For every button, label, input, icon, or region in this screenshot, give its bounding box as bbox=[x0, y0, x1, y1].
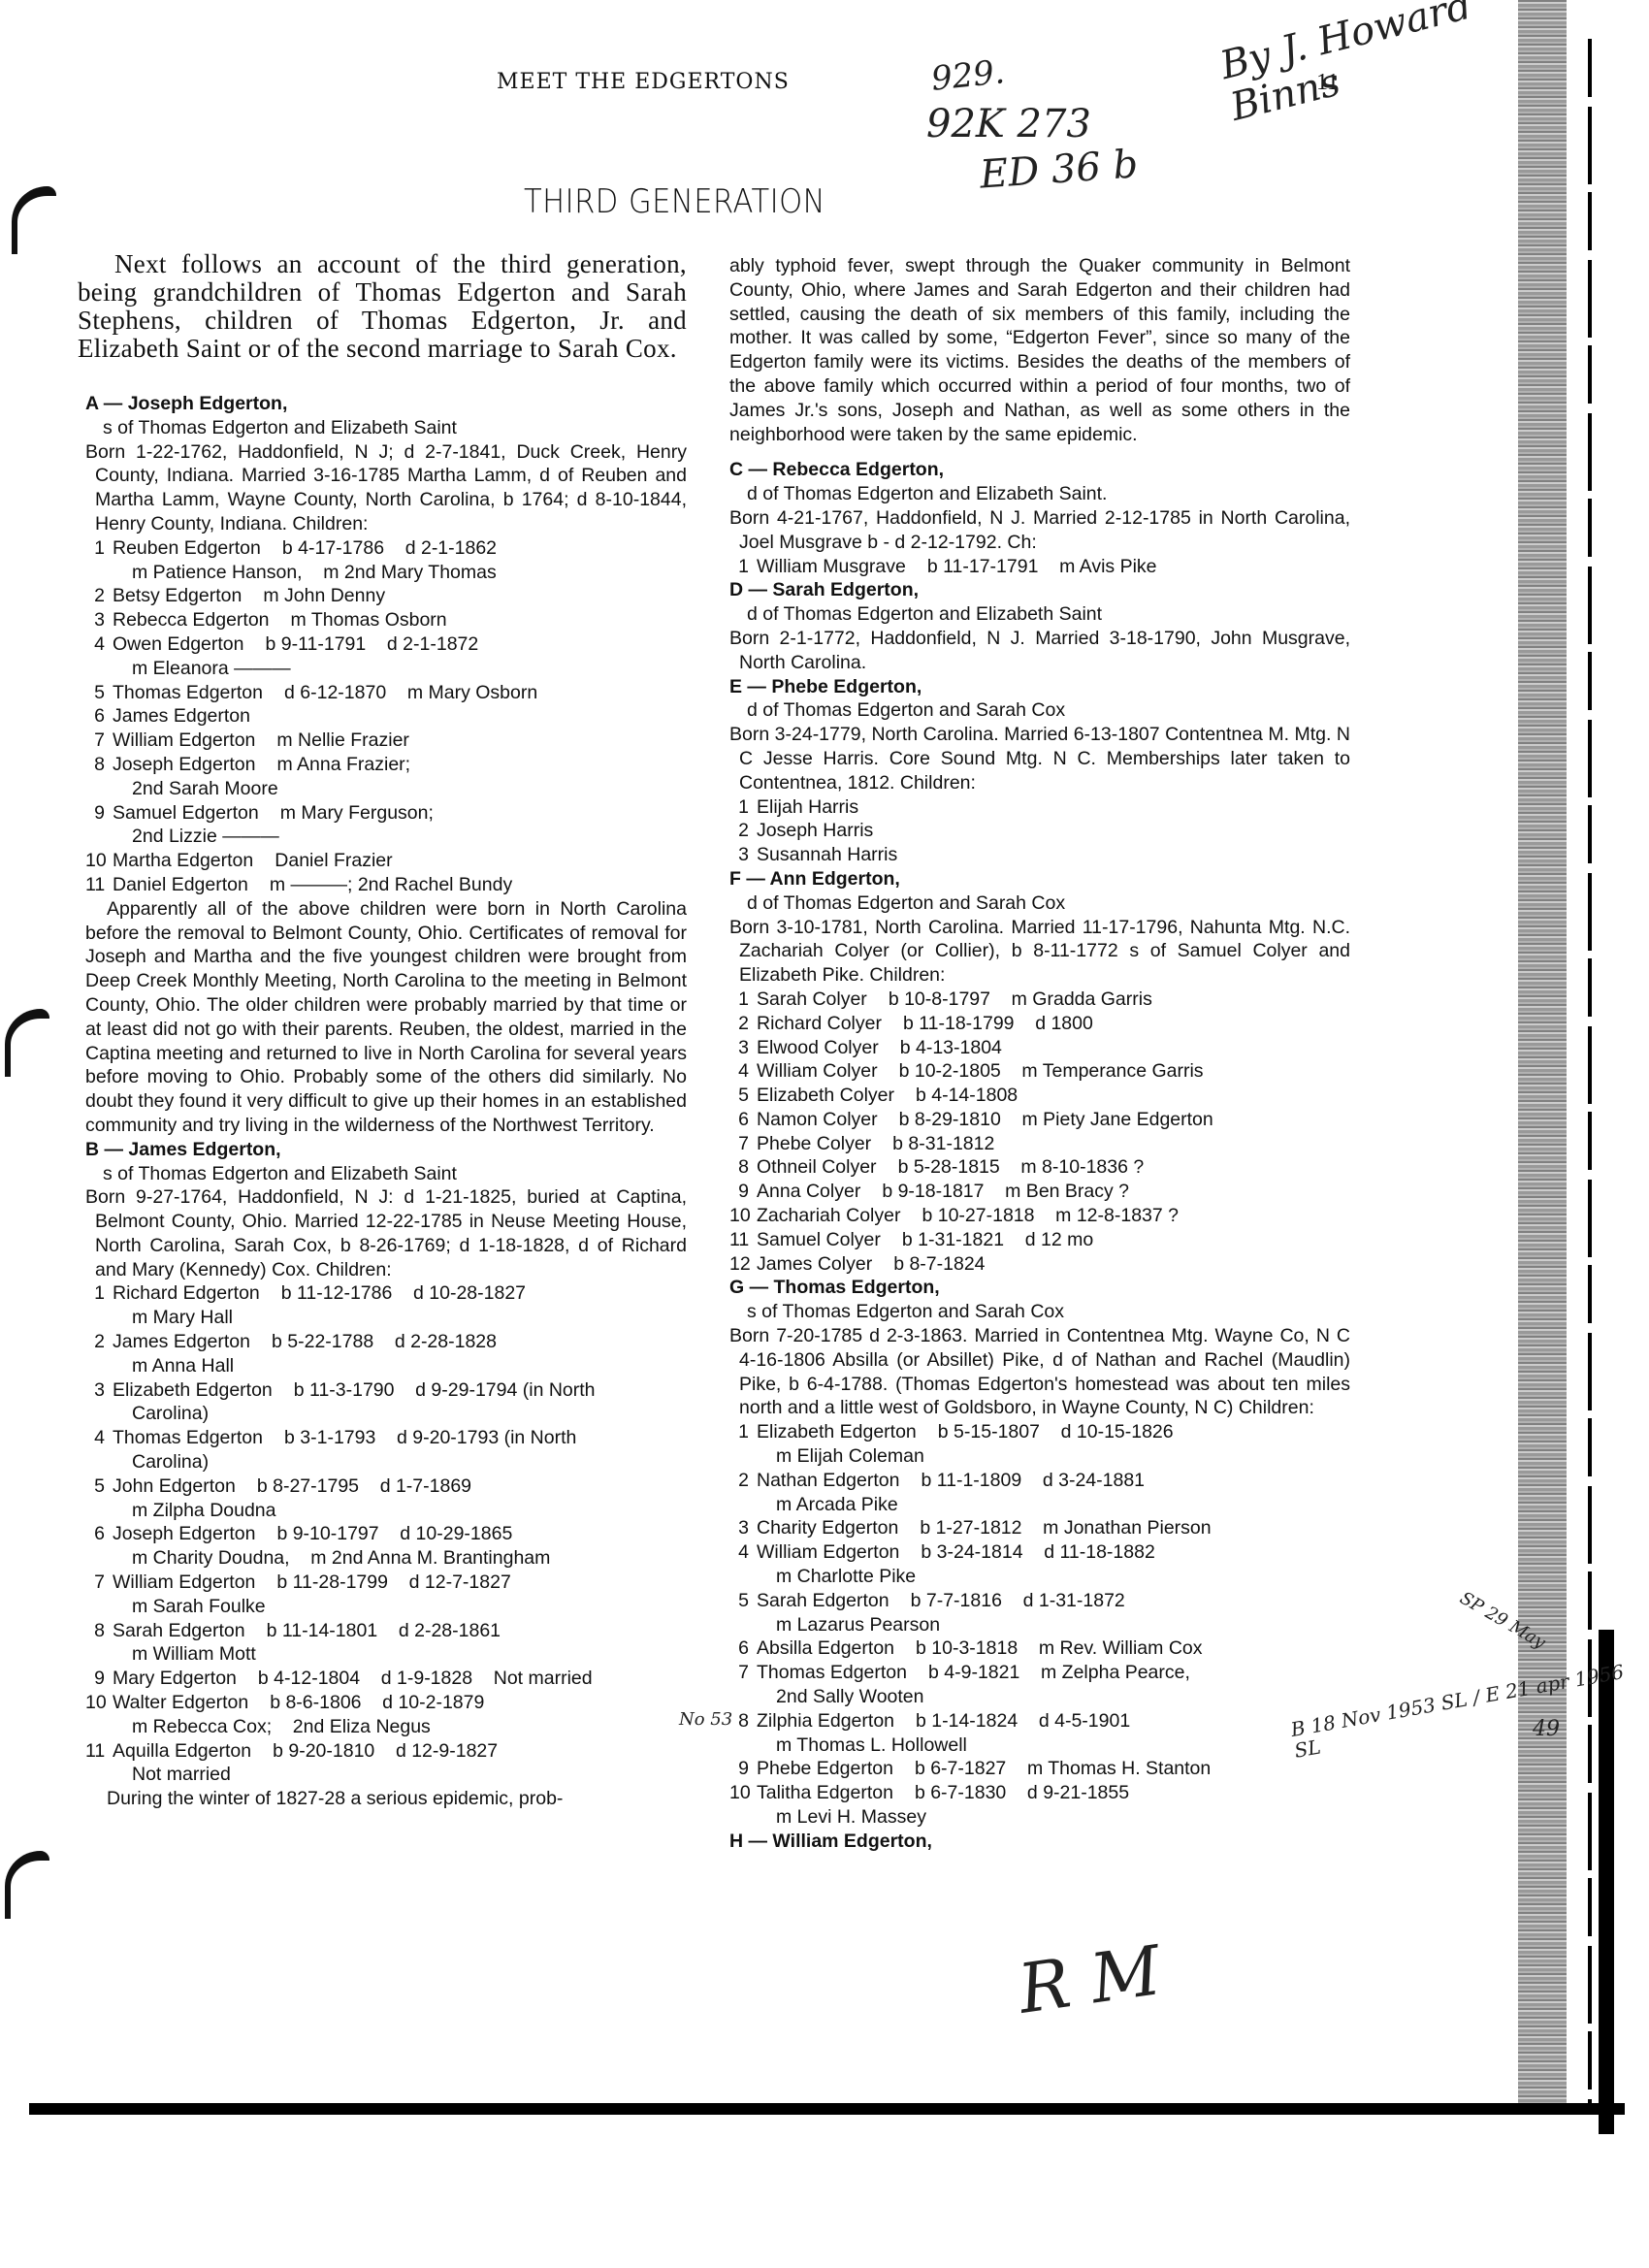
child-number: 2 bbox=[85, 1330, 105, 1354]
child-row: 9Samuel Edgertonm Mary Ferguson; bbox=[85, 801, 687, 826]
handwritten-annotation: 49 bbox=[1533, 1717, 1560, 1741]
child-row: 2Joseph Harris bbox=[729, 819, 1350, 843]
entry-g: G — Thomas Edgerton, s of Thomas Edgerto… bbox=[729, 1276, 1350, 1829]
child-spouse-line: m Charity Doudna, m 2nd Anna M. Branting… bbox=[85, 1546, 687, 1571]
page-bottom-rule bbox=[29, 2103, 1625, 2115]
child-info: b 9-18-1817 m Ben Bracy ? bbox=[882, 1181, 1129, 1202]
child-number: 2 bbox=[729, 1469, 749, 1493]
child-name: Elijah Harris bbox=[757, 796, 858, 818]
entry-parents: s of Thomas Edgerton and Elizabeth Saint bbox=[85, 416, 687, 440]
entry-detail: Born 2-1-1772, Haddonfield, N J. Married… bbox=[729, 627, 1350, 675]
child-row: 2Nathan Edgertonb 11-1-1809 d 3-24-1881 bbox=[729, 1469, 1350, 1493]
child-number: 2 bbox=[85, 584, 105, 608]
child-number: 4 bbox=[85, 1426, 105, 1450]
entry-detail: Born 1-22-1762, Haddonfield, N J; d 2-7-… bbox=[85, 440, 687, 536]
child-name: Elizabeth Colyer bbox=[757, 1085, 894, 1106]
child-name: Daniel Edgerton bbox=[113, 874, 248, 895]
child-info: b 10-3-1818 m Rev. William Cox bbox=[916, 1637, 1202, 1659]
child-number: 2 bbox=[729, 819, 749, 843]
child-name: Betsy Edgerton bbox=[113, 585, 242, 606]
child-info: b 10-8-1797 m Gradda Garris bbox=[889, 988, 1152, 1010]
child-row: 4Owen Edgertonb 9-11-1791 d 2-1-1872 bbox=[85, 632, 687, 657]
entry-heading: F — Ann Edgerton, bbox=[729, 867, 1350, 891]
entry-parents: d of Thomas Edgerton and Sarah Cox bbox=[729, 891, 1350, 916]
running-title: MEET THE EDGERTONS bbox=[497, 70, 790, 94]
child-row: 11Daniel Edgertonm ———; 2nd Rachel Bundy bbox=[85, 873, 687, 897]
child-info: b 4-12-1804 d 1-9-1828 Not married bbox=[258, 1668, 593, 1689]
child-spouse-line: m Elijah Coleman bbox=[729, 1444, 1350, 1469]
child-info: b 1-27-1812 m Jonathan Pierson bbox=[920, 1517, 1211, 1539]
child-name: William Musgrave bbox=[757, 556, 906, 577]
child-number: 1 bbox=[729, 1420, 749, 1444]
child-row: 10Zachariah Colyerb 10-27-1818 m 12-8-18… bbox=[729, 1204, 1350, 1228]
child-row: 1Reuben Edgertonb 4-17-1786 d 2-1-1862 bbox=[85, 536, 687, 561]
child-info: b 8-31-1812 bbox=[892, 1133, 994, 1154]
child-row: 9Anna Colyerb 9-18-1817 m Ben Bracy ? bbox=[729, 1180, 1350, 1204]
child-row: 11Samuel Colyerb 1-31-1821 d 12 mo bbox=[729, 1228, 1350, 1252]
child-name: Phebe Colyer bbox=[757, 1133, 871, 1154]
child-row: 6Absilla Edgertonb 10-3-1818 m Rev. Will… bbox=[729, 1636, 1350, 1661]
child-row: 10Walter Edgertonb 8-6-1806 d 10-2-1879 bbox=[85, 1691, 687, 1715]
child-name: Zilphia Edgerton bbox=[757, 1710, 894, 1732]
children-list: 1Richard Edgertonb 11-12-1786 d 10-28-18… bbox=[85, 1281, 687, 1787]
child-number: 6 bbox=[729, 1636, 749, 1661]
child-name: James Edgerton bbox=[113, 705, 250, 727]
child-spouse-line: m Levi H. Massey bbox=[729, 1805, 1350, 1830]
child-info: b 9-11-1791 d 2-1-1872 bbox=[266, 633, 479, 655]
child-name: William Edgerton bbox=[113, 729, 255, 751]
child-spouse-line: Not married bbox=[85, 1763, 687, 1787]
child-row: 4Thomas Edgertonb 3-1-1793 d 9-20-1793 (… bbox=[85, 1426, 687, 1450]
child-name: Charity Edgerton bbox=[757, 1517, 898, 1539]
child-number: 7 bbox=[85, 729, 105, 753]
child-name: Elizabeth Edgerton bbox=[113, 1379, 273, 1401]
entry-note: Apparently all of the above children wer… bbox=[85, 897, 687, 1138]
child-info: b 11-18-1799 d 1800 bbox=[903, 1013, 1093, 1034]
child-spouse-line: m Arcada Pike bbox=[729, 1493, 1350, 1517]
child-row: 1Richard Edgertonb 11-12-1786 d 10-28-18… bbox=[85, 1281, 687, 1306]
child-row: 3Susannah Harris bbox=[729, 843, 1350, 867]
child-name: Zachariah Colyer bbox=[757, 1205, 900, 1226]
child-info: b 4-13-1804 bbox=[900, 1037, 1002, 1058]
child-number: 2 bbox=[729, 1012, 749, 1036]
child-row: 9Phebe Edgertonb 6-7-1827 m Thomas H. St… bbox=[729, 1757, 1350, 1781]
child-spouse-line: m Thomas L. Hollowell bbox=[729, 1733, 1350, 1758]
child-number: 3 bbox=[85, 608, 105, 632]
child-number: 12 bbox=[729, 1252, 749, 1277]
entry-b: B — James Edgerton, s of Thomas Edgerton… bbox=[85, 1138, 687, 1811]
child-number: 1 bbox=[729, 555, 749, 579]
child-name: Susannah Harris bbox=[757, 844, 897, 865]
scan-edge-line bbox=[1588, 39, 1592, 2115]
child-info: b 10-27-1818 m 12-8-1837 ? bbox=[921, 1205, 1179, 1226]
child-name: Sarah Colyer bbox=[757, 988, 867, 1010]
binder-hole-mark bbox=[5, 1009, 49, 1077]
child-number: 10 bbox=[85, 1691, 105, 1715]
entry-c: C — Rebecca Edgerton, d of Thomas Edgert… bbox=[729, 458, 1350, 578]
child-number: 10 bbox=[85, 849, 105, 873]
binder-hole-mark bbox=[5, 1851, 49, 1919]
child-info: b 5-22-1788 d 2-28-1828 bbox=[272, 1331, 497, 1352]
children-list: 1Elijah Harris2Joseph Harris3Susannah Ha… bbox=[729, 795, 1350, 867]
child-info: b 11-1-1809 d 3-24-1881 bbox=[921, 1470, 1145, 1491]
child-name: Samuel Edgerton bbox=[113, 802, 259, 824]
child-spouse-line: m William Mott bbox=[85, 1642, 687, 1667]
child-row: 11Aquilla Edgertonb 9-20-1810 d 12-9-182… bbox=[85, 1739, 687, 1764]
child-info: m ———; 2nd Rachel Bundy bbox=[270, 874, 512, 895]
entry-parents: d of Thomas Edgerton and Sarah Cox bbox=[729, 698, 1350, 723]
child-row: 7William Edgertonm Nellie Frazier bbox=[85, 729, 687, 753]
child-number: 8 bbox=[85, 1619, 105, 1643]
child-name: Owen Edgerton bbox=[113, 633, 244, 655]
child-row: 3Charity Edgertonb 1-27-1812 m Jonathan … bbox=[729, 1516, 1350, 1540]
handwritten-margin-note: No 53 bbox=[679, 1709, 732, 1730]
child-info: b 8-7-1824 bbox=[893, 1253, 985, 1275]
child-info: b 11-14-1801 d 2-28-1861 bbox=[267, 1620, 501, 1641]
child-name: Thomas Edgerton bbox=[113, 682, 263, 703]
child-info: m Nellie Frazier bbox=[276, 729, 409, 751]
entry-note: During the winter of 1827-28 a serious e… bbox=[85, 1787, 687, 1811]
child-number: 3 bbox=[729, 1516, 749, 1540]
entry-parents: d of Thomas Edgerton and Elizabeth Saint… bbox=[729, 482, 1350, 506]
child-number: 11 bbox=[85, 1739, 105, 1764]
entry-e: E — Phebe Edgerton, d of Thomas Edgerton… bbox=[729, 675, 1350, 867]
child-spouse-line: Carolina) bbox=[85, 1402, 687, 1426]
entry-detail: Born 7-20-1785 d 2-3-1863. Married in Co… bbox=[729, 1324, 1350, 1420]
child-name: Elwood Colyer bbox=[757, 1037, 879, 1058]
child-name: Joseph Edgerton bbox=[113, 1523, 255, 1544]
handwritten-author-note: By J. Howard Binns bbox=[1216, 0, 1519, 129]
children-list: 1William Musgraveb 11-17-1791 m Avis Pik… bbox=[729, 555, 1350, 579]
child-number: 8 bbox=[85, 753, 105, 777]
child-info: b 8-29-1810 m Piety Jane Edgerton bbox=[899, 1109, 1213, 1130]
child-number: 6 bbox=[729, 1108, 749, 1132]
child-number: 1 bbox=[85, 536, 105, 561]
child-info: b 1-31-1821 d 12 mo bbox=[902, 1229, 1093, 1250]
child-name: Nathan Edgerton bbox=[757, 1470, 899, 1491]
handwritten-initials: R M bbox=[1014, 1930, 1166, 2029]
child-name: Mary Edgerton bbox=[113, 1668, 237, 1689]
child-spouse-line: m Zilpha Doudna bbox=[85, 1499, 687, 1523]
child-info: b 4-14-1808 bbox=[916, 1085, 1018, 1106]
entry-heading: G — Thomas Edgerton, bbox=[729, 1276, 1350, 1300]
child-number: 1 bbox=[729, 988, 749, 1012]
child-name: Thomas Edgerton bbox=[113, 1427, 263, 1448]
child-name: Rebecca Edgerton bbox=[113, 609, 270, 631]
child-row: 10Talitha Edgertonb 6-7-1830 d 9-21-1855 bbox=[729, 1781, 1350, 1805]
child-row: 12James Colyerb 8-7-1824 bbox=[729, 1252, 1350, 1277]
entry-note-continued: ably typhoid fever, swept through the Qu… bbox=[729, 254, 1350, 446]
child-info: d 6-12-1870 m Mary Osborn bbox=[284, 682, 537, 703]
child-number: 11 bbox=[729, 1228, 749, 1252]
child-row: 1Sarah Colyerb 10-8-1797 m Gradda Garris bbox=[729, 988, 1350, 1012]
child-spouse-line: m Rebecca Cox; 2nd Eliza Negus bbox=[85, 1715, 687, 1739]
entry-d: D — Sarah Edgerton, d of Thomas Edgerton… bbox=[729, 578, 1350, 674]
child-number: 1 bbox=[729, 795, 749, 820]
child-info: b 5-15-1807 d 10-15-1826 bbox=[938, 1421, 1174, 1442]
right-column: ably typhoid fever, swept through the Qu… bbox=[729, 254, 1350, 1854]
entry-h: H — William Edgerton, bbox=[729, 1830, 1350, 1854]
child-info: b 11-12-1786 d 10-28-1827 bbox=[281, 1282, 526, 1304]
child-row: 4William Edgertonb 3-24-1814 d 11-18-188… bbox=[729, 1540, 1350, 1565]
child-spouse-line: m Patience Hanson, m 2nd Mary Thomas bbox=[85, 561, 687, 585]
child-number: 10 bbox=[729, 1781, 749, 1805]
child-number: 10 bbox=[729, 1204, 749, 1228]
entry-heading: C — Rebecca Edgerton, bbox=[729, 458, 1350, 482]
child-info: b 8-6-1806 d 10-2-1879 bbox=[270, 1692, 484, 1713]
child-info: b 5-28-1815 m 8-10-1836 ? bbox=[898, 1156, 1145, 1178]
entry-a: A — Joseph Edgerton, s of Thomas Edgerto… bbox=[85, 392, 687, 1138]
entry-heading: E — Phebe Edgerton, bbox=[729, 675, 1350, 699]
children-list: 1Sarah Colyerb 10-8-1797 m Gradda Garris… bbox=[729, 988, 1350, 1277]
child-row: 8Othneil Colyerb 5-28-1815 m 8-10-1836 ? bbox=[729, 1155, 1350, 1180]
section-title: THIRD GENERATION bbox=[524, 182, 825, 221]
child-number: 8 bbox=[729, 1709, 749, 1733]
child-name: James Colyer bbox=[757, 1253, 872, 1275]
entry-parents: d of Thomas Edgerton and Elizabeth Saint bbox=[729, 602, 1350, 627]
child-info: m John Denny bbox=[263, 585, 385, 606]
entry-f: F — Ann Edgerton, d of Thomas Edgerton a… bbox=[729, 867, 1350, 1277]
left-column: Next follows an account of the third gen… bbox=[85, 250, 687, 1811]
child-info: b 9-20-1810 d 12-9-1827 bbox=[273, 1740, 498, 1762]
child-number: 5 bbox=[85, 1474, 105, 1499]
child-name: Sarah Edgerton bbox=[757, 1590, 889, 1611]
child-name: William Colyer bbox=[757, 1060, 878, 1082]
child-number: 7 bbox=[85, 1571, 105, 1595]
child-row: 7Phebe Colyerb 8-31-1812 bbox=[729, 1132, 1350, 1156]
child-number: 9 bbox=[729, 1180, 749, 1204]
child-info: b 3-1-1793 d 9-20-1793 (in North bbox=[284, 1427, 576, 1448]
child-spouse-line: m Charlotte Pike bbox=[729, 1565, 1350, 1589]
handwritten-call-number: 92K 273 bbox=[926, 102, 1091, 146]
child-name: John Edgerton bbox=[113, 1475, 236, 1497]
child-name: Elizabeth Edgerton bbox=[757, 1421, 917, 1442]
child-number: 8 bbox=[729, 1155, 749, 1180]
binder-hole-mark bbox=[12, 186, 56, 254]
child-number: 6 bbox=[85, 704, 105, 729]
child-name: Talitha Edgerton bbox=[757, 1782, 893, 1803]
entry-parents: s of Thomas Edgerton and Sarah Cox bbox=[729, 1300, 1350, 1324]
child-info: b 11-3-1790 d 9-29-1794 (in North bbox=[294, 1379, 596, 1401]
child-name: Sarah Edgerton bbox=[113, 1620, 245, 1641]
child-number: 1 bbox=[85, 1281, 105, 1306]
child-spouse-line: 2nd Sally Wooten bbox=[729, 1685, 1350, 1709]
child-row: 6Namon Colyerb 8-29-1810 m Piety Jane Ed… bbox=[729, 1108, 1350, 1132]
child-number: 9 bbox=[85, 1667, 105, 1691]
child-row: 7Thomas Edgertonb 4-9-1821 m Zelpha Pear… bbox=[729, 1661, 1350, 1685]
child-name: Richard Edgerton bbox=[113, 1282, 260, 1304]
child-row: 1Elizabeth Edgertonb 5-15-1807 d 10-15-1… bbox=[729, 1420, 1350, 1444]
child-number: 5 bbox=[85, 681, 105, 705]
child-name: Martha Edgerton bbox=[113, 850, 253, 871]
child-number: 5 bbox=[729, 1084, 749, 1108]
child-number: 9 bbox=[85, 801, 105, 826]
child-number: 3 bbox=[85, 1378, 105, 1403]
entry-heading: A — Joseph Edgerton, bbox=[85, 392, 687, 416]
entry-heading: H — William Edgerton, bbox=[729, 1830, 1350, 1854]
child-row: 8Joseph Edgertonm Anna Frazier; bbox=[85, 753, 687, 777]
child-spouse-line: 2nd Sarah Moore bbox=[85, 777, 687, 801]
child-spouse-line: m Anna Hall bbox=[85, 1354, 687, 1378]
child-number: 7 bbox=[729, 1661, 749, 1685]
entry-parents: s of Thomas Edgerton and Elizabeth Saint bbox=[85, 1162, 687, 1186]
child-row: 5John Edgertonb 8-27-1795 d 1-7-1869 bbox=[85, 1474, 687, 1499]
child-number: 3 bbox=[729, 843, 749, 867]
child-number: 11 bbox=[85, 873, 105, 897]
child-spouse-line: m Sarah Foulke bbox=[85, 1595, 687, 1619]
child-spouse-line: m Mary Hall bbox=[85, 1306, 687, 1330]
entry-detail: Born 4-21-1767, Haddonfield, N J. Marrie… bbox=[729, 506, 1350, 555]
child-row: 6Joseph Edgertonb 9-10-1797 d 10-29-1865 bbox=[85, 1522, 687, 1546]
child-number: 5 bbox=[729, 1589, 749, 1613]
child-number: 3 bbox=[729, 1036, 749, 1060]
child-spouse-line: m Eleanora ——— bbox=[85, 657, 687, 681]
child-info: b 10-2-1805 m Temperance Garris bbox=[899, 1060, 1204, 1082]
handwritten-call-number: 929. bbox=[929, 52, 1006, 99]
child-info: Daniel Frazier bbox=[275, 850, 392, 871]
child-info: b 7-7-1816 d 1-31-1872 bbox=[911, 1590, 1125, 1611]
child-row: 4William Colyerb 10-2-1805 m Temperance … bbox=[729, 1059, 1350, 1084]
child-row: 1William Musgraveb 11-17-1791 m Avis Pik… bbox=[729, 555, 1350, 579]
child-row: 8Zilphia Edgertonb 1-14-1824 d 4-5-1901 bbox=[729, 1709, 1350, 1733]
child-info: m Anna Frazier; bbox=[276, 754, 410, 775]
child-row: 7William Edgertonb 11-28-1799 d 12-7-182… bbox=[85, 1571, 687, 1595]
child-row: 8Sarah Edgertonb 11-14-1801 d 2-28-1861 bbox=[85, 1619, 687, 1643]
child-name: Phebe Edgerton bbox=[757, 1758, 893, 1779]
child-info: b 6-7-1830 d 9-21-1855 bbox=[915, 1782, 1129, 1803]
child-info: b 9-10-1797 d 10-29-1865 bbox=[276, 1523, 512, 1544]
child-row: 5Elizabeth Colyerb 4-14-1808 bbox=[729, 1084, 1350, 1108]
child-spouse-line: m Lazarus Pearson bbox=[729, 1613, 1350, 1637]
child-number: 4 bbox=[85, 632, 105, 657]
child-number: 4 bbox=[729, 1540, 749, 1565]
child-info: b 3-24-1814 d 11-18-1882 bbox=[921, 1541, 1154, 1563]
child-info: m Thomas Osborn bbox=[291, 609, 447, 631]
entry-detail: Born 3-24-1779, North Carolina. Married … bbox=[729, 723, 1350, 794]
child-info: b 4-9-1821 m Zelpha Pearce, bbox=[928, 1662, 1190, 1683]
child-row: 2Betsy Edgertonm John Denny bbox=[85, 584, 687, 608]
child-name: Namon Colyer bbox=[757, 1109, 878, 1130]
child-info: b 6-7-1827 m Thomas H. Stanton bbox=[915, 1758, 1211, 1779]
child-number: 6 bbox=[85, 1522, 105, 1546]
child-row: 6James Edgerton bbox=[85, 704, 687, 729]
child-name: Walter Edgerton bbox=[113, 1692, 248, 1713]
child-info: m Mary Ferguson; bbox=[280, 802, 434, 824]
child-name: Reuben Edgerton bbox=[113, 537, 261, 559]
child-number: 4 bbox=[729, 1059, 749, 1084]
child-name: Joseph Edgerton bbox=[113, 754, 255, 775]
entry-heading: B — James Edgerton, bbox=[85, 1138, 687, 1162]
intro-paragraph: Next follows an account of the third gen… bbox=[78, 250, 687, 363]
child-spouse-line: Carolina) bbox=[85, 1450, 687, 1474]
child-name: Samuel Colyer bbox=[757, 1229, 881, 1250]
entry-detail: Born 9-27-1764, Haddonfield, N J: d 1-21… bbox=[85, 1185, 687, 1281]
child-name: Aquilla Edgerton bbox=[113, 1740, 251, 1762]
children-list: 1Reuben Edgertonb 4-17-1786 d 2-1-1862m … bbox=[85, 536, 687, 897]
child-number: 9 bbox=[729, 1757, 749, 1781]
children-list: 1Elizabeth Edgertonb 5-15-1807 d 10-15-1… bbox=[729, 1420, 1350, 1830]
child-row: 5Thomas Edgertond 6-12-1870 m Mary Osbor… bbox=[85, 681, 687, 705]
child-number: 7 bbox=[729, 1132, 749, 1156]
child-name: Thomas Edgerton bbox=[757, 1662, 907, 1683]
child-info: b 1-14-1824 d 4-5-1901 bbox=[916, 1710, 1130, 1732]
child-name: William Edgerton bbox=[757, 1541, 899, 1563]
child-row: 3Elizabeth Edgertonb 11-3-1790 d 9-29-17… bbox=[85, 1378, 687, 1403]
child-row: 10Martha EdgertonDaniel Frazier bbox=[85, 849, 687, 873]
child-row: 1Elijah Harris bbox=[729, 795, 1350, 820]
scanned-page: MEET THE EDGERTONS 11 THIRD GENERATION 9… bbox=[0, 0, 1649, 2268]
child-row: 3Rebecca Edgertonm Thomas Osborn bbox=[85, 608, 687, 632]
child-row: 2James Edgertonb 5-22-1788 d 2-28-1828 bbox=[85, 1330, 687, 1354]
child-name: Othneil Colyer bbox=[757, 1156, 877, 1178]
child-info: b 8-27-1795 d 1-7-1869 bbox=[257, 1475, 471, 1497]
scan-edge-shadow bbox=[1518, 0, 1567, 2115]
child-info: b 11-17-1791 m Avis Pike bbox=[927, 556, 1157, 577]
child-info: b 4-17-1786 d 2-1-1862 bbox=[282, 537, 497, 559]
child-name: Joseph Harris bbox=[757, 820, 873, 841]
child-name: William Edgerton bbox=[113, 1571, 255, 1593]
child-name: James Edgerton bbox=[113, 1331, 250, 1352]
child-name: Richard Colyer bbox=[757, 1013, 882, 1034]
child-row: 3Elwood Colyerb 4-13-1804 bbox=[729, 1036, 1350, 1060]
entry-detail: Born 3-10-1781, North Carolina. Married … bbox=[729, 916, 1350, 988]
child-info: b 11-28-1799 d 12-7-1827 bbox=[276, 1571, 510, 1593]
child-spouse-line: 2nd Lizzie ——— bbox=[85, 825, 687, 849]
entry-heading: D — Sarah Edgerton, bbox=[729, 578, 1350, 602]
handwritten-call-number: ED 36 b bbox=[979, 142, 1140, 197]
child-name: Anna Colyer bbox=[757, 1181, 860, 1202]
child-row: 2Richard Colyerb 11-18-1799 d 1800 bbox=[729, 1012, 1350, 1036]
child-row: 5Sarah Edgertonb 7-7-1816 d 1-31-1872 bbox=[729, 1589, 1350, 1613]
child-name: Absilla Edgerton bbox=[757, 1637, 894, 1659]
child-row: 9Mary Edgertonb 4-12-1804 d 1-9-1828 Not… bbox=[85, 1667, 687, 1691]
